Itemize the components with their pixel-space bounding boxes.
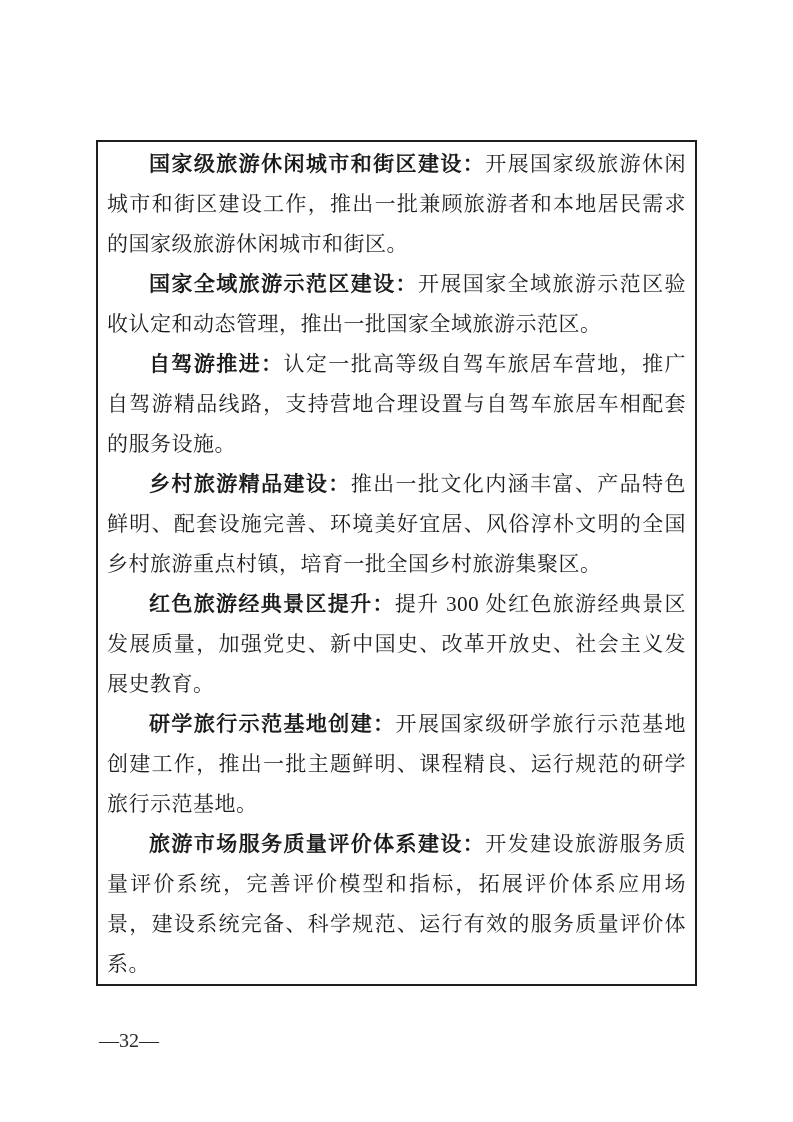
paragraph-lead: 自驾游推进： [149,352,283,376]
paragraph-lead: 国家全域旅游示范区建设： [149,272,418,296]
paragraph: 红色旅游经典景区提升：提升 300 处红色旅游经典景区发展质量，加强党史、新中国… [107,584,686,704]
paragraph: 研学旅行示范基地创建：开展国家级研学旅行示范基地创建工作，推出一批主题鲜明、课程… [107,704,686,824]
paragraph-lead: 红色旅游经典景区提升： [149,592,395,616]
paragraph-lead: 研学旅行示范基地创建： [149,712,396,736]
paragraph: 旅游市场服务质量评价体系建设：开发建设旅游服务质量评价系统，完善评价模型和指标，… [107,824,686,984]
paragraph-lead: 旅游市场服务质量评价体系建设： [149,832,485,856]
document-content-box: 国家级旅游休闲城市和街区建设：开展国家级旅游休闲城市和街区建设工作，推出一批兼顾… [96,140,697,986]
paragraph-lead: 国家级旅游休闲城市和街区建设： [149,152,485,176]
paragraph: 自驾游推进：认定一批高等级自驾车旅居车营地，推广自驾游精品线路，支持营地合理设置… [107,344,686,464]
paragraph-lead: 乡村旅游精品建设： [149,472,351,496]
paragraph: 导游服务质量提升：实施导游专业素养研培计划和“金牌 [107,984,686,986]
paragraph: 乡村旅游精品建设：推出一批文化内涵丰富、产品特色鲜明、配套设施完善、环境美好宜居… [107,464,686,584]
document-page: 国家级旅游休闲城市和街区建设：开展国家级旅游休闲城市和街区建设工作，推出一批兼顾… [0,0,793,1122]
page-number: —32— [99,1030,159,1052]
paragraph: 国家级旅游休闲城市和街区建设：开展国家级旅游休闲城市和街区建设工作，推出一批兼顾… [107,144,686,264]
paragraph: 国家全域旅游示范区建设：开展国家全域旅游示范区验收认定和动态管理，推出一批国家全… [107,264,686,344]
